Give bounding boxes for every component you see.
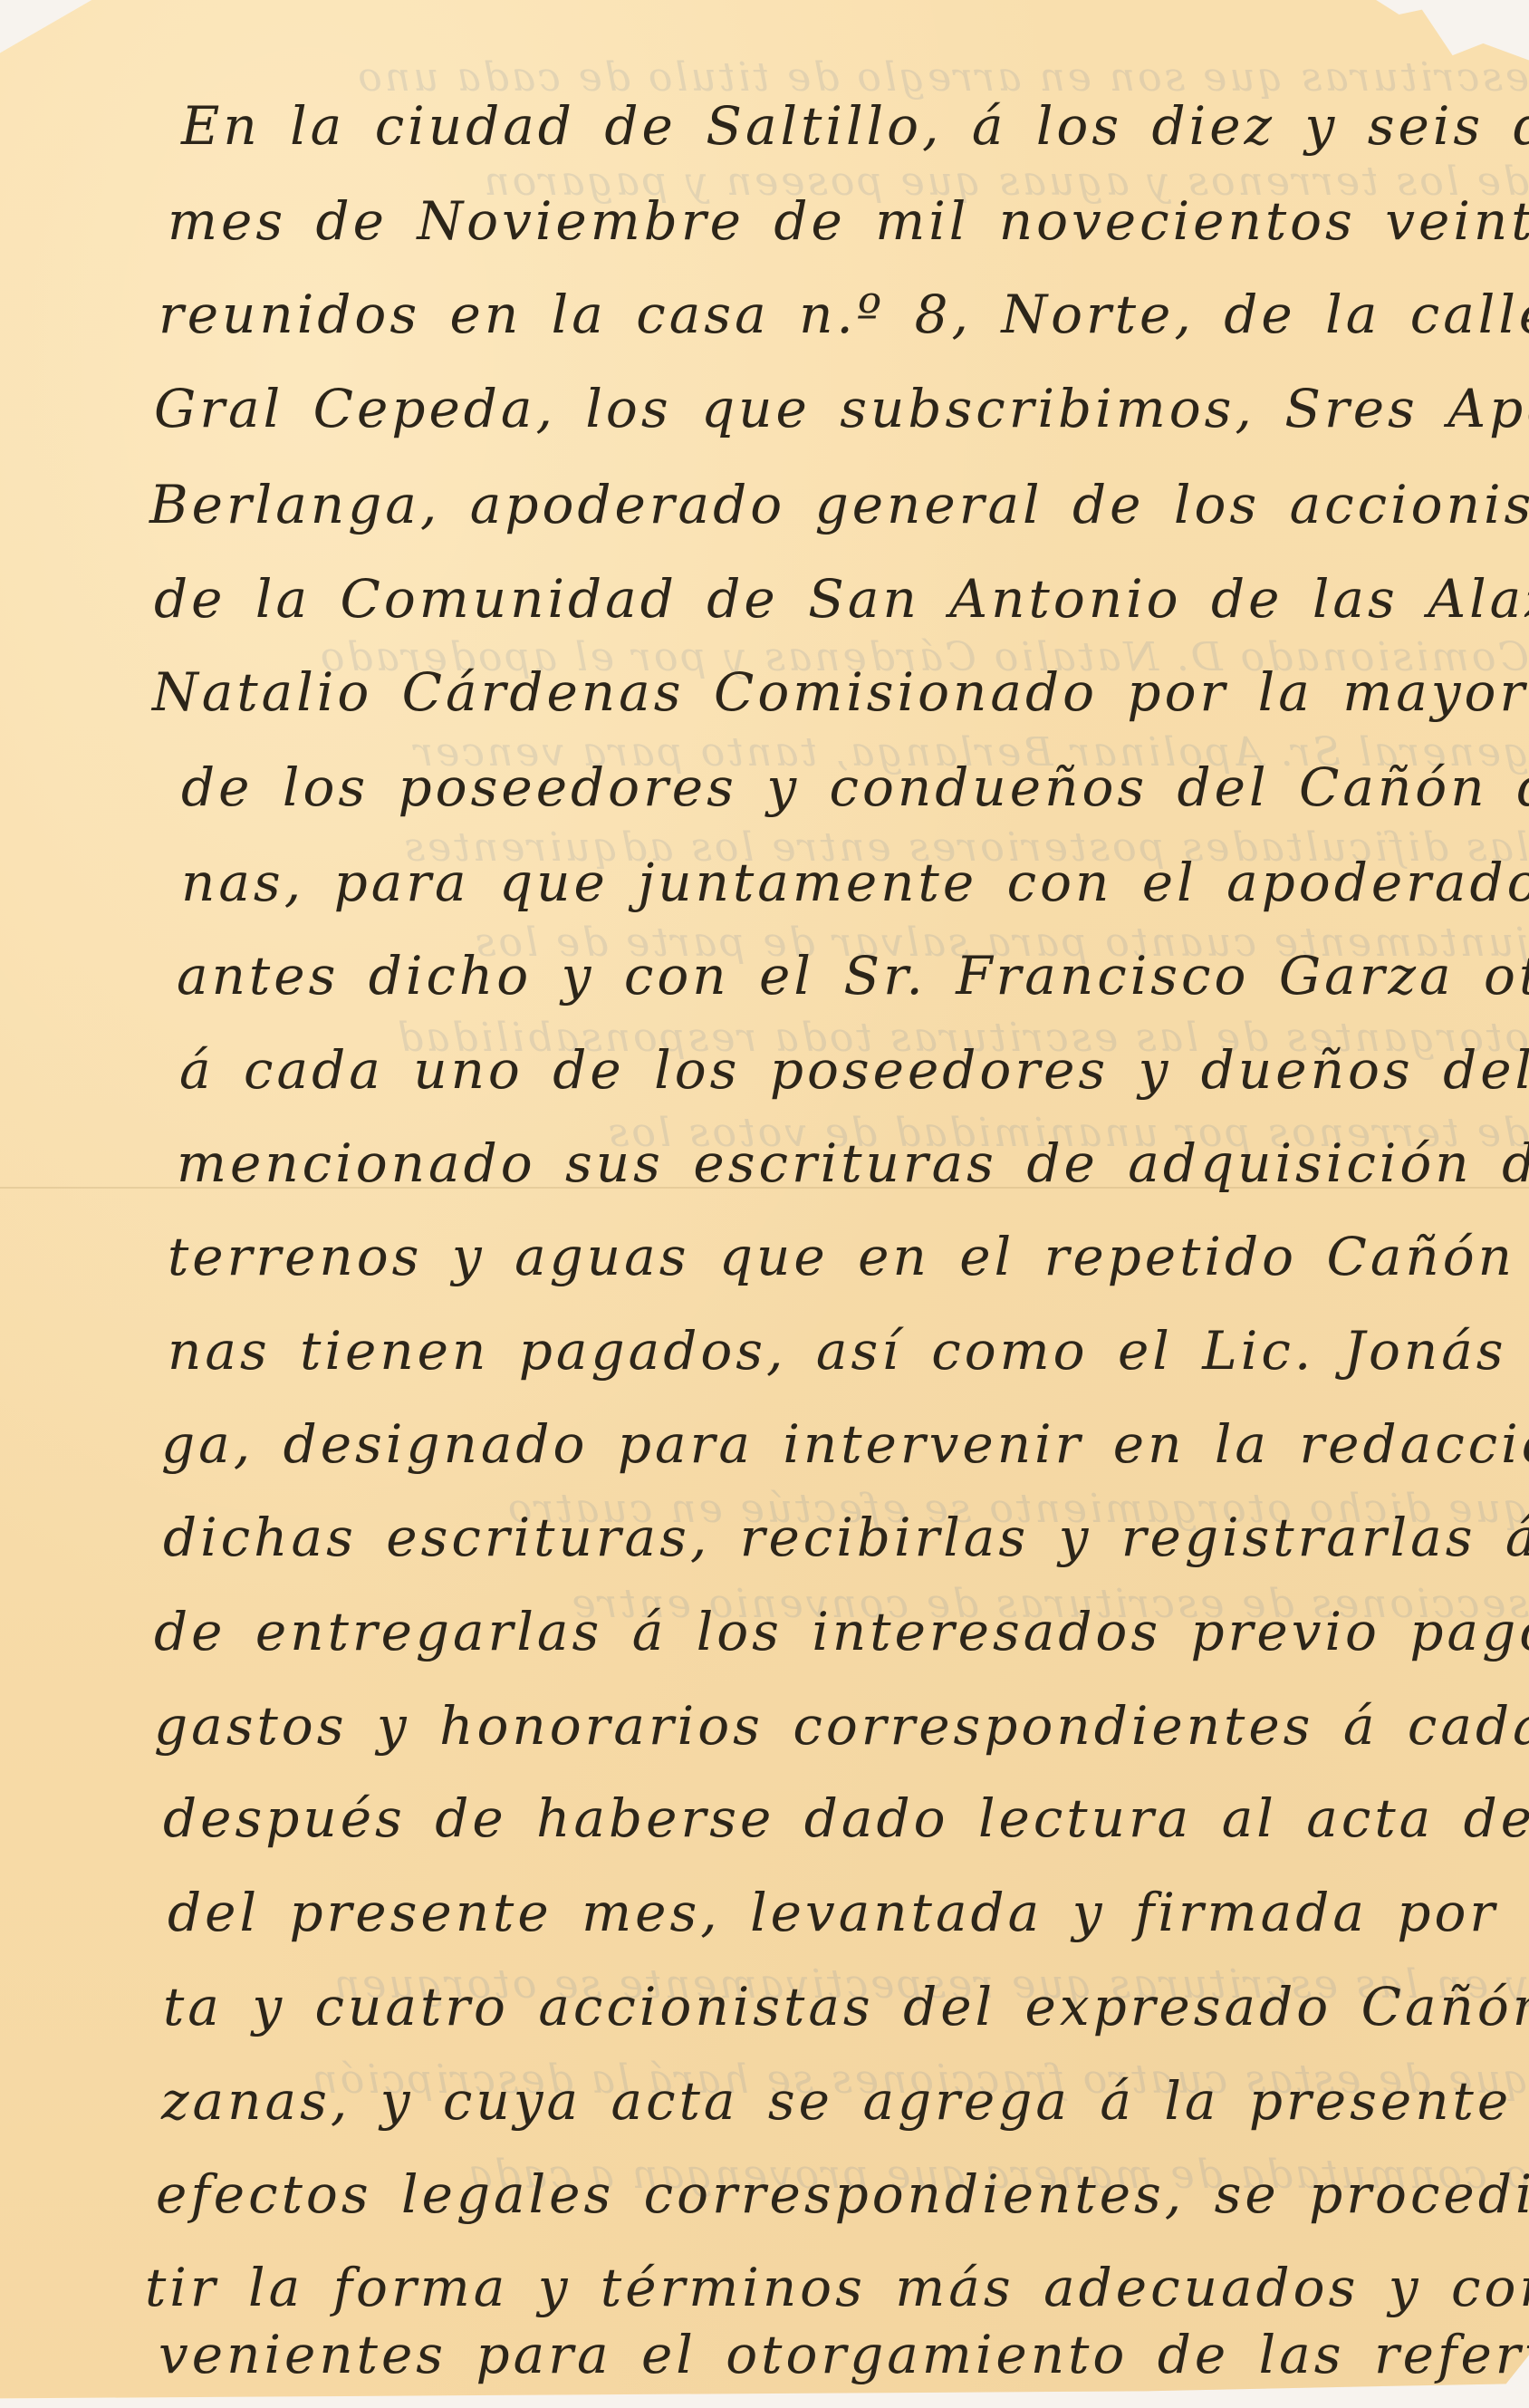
manuscript-line-18: gastos y honorarios correspondientes á c… (154, 1700, 1529, 1752)
manuscript-line-17: de entregarlas á los interesados previo … (154, 1605, 1529, 1658)
manuscript-line-21: ta y cuatro accionistas del expresado Ca… (163, 1980, 1529, 2033)
manuscript-line-25: venientes para el otorgamiento de las re… (159, 2328, 1529, 2381)
manuscript-line-1: En la ciudad de Saltillo, á los diez y s… (181, 100, 1529, 152)
manuscript-line-4: Gral Cepeda, los que subscribimos, Sres … (154, 382, 1529, 435)
manuscript-line-22: zanas, y cuya acta se agrega á la presen… (161, 2075, 1529, 2127)
manuscript-line-8: de los poseedores y condueños del Cañón … (181, 761, 1529, 814)
manuscript-line-24: tir la forma y términos más adecuados y … (145, 2261, 1529, 2314)
manuscript-line-6: de la Comunidad de San Antonio de las Al… (154, 573, 1529, 625)
manuscript-line-19: después de haberse dado lectura al acta … (163, 1792, 1529, 1845)
manuscript-line-23: efectos legales correspondientes, se pro… (156, 2168, 1529, 2220)
manuscript-line-20: del presente mes, levantada y firmada po… (168, 1886, 1529, 1939)
manuscript-line-5: Berlanga, apoderado general de los accio… (149, 478, 1529, 531)
manuscript-line-15: ga, designado para intervenir en la reda… (161, 1418, 1529, 1470)
manuscript-line-12: mencionado sus escrituras de adquisición… (177, 1137, 1529, 1190)
manuscript-line-7: Natalio Cárdenas Comisionado por la mayo… (152, 666, 1529, 718)
manuscript-page: escrituras que son en arreglo de titulo … (0, 0, 1529, 2408)
manuscript-line-13: terrenos y aguas que en el repetido Cañó… (168, 1230, 1529, 1283)
manuscript-line-9: nas, para que juntamente con el apoderad… (181, 856, 1529, 909)
manuscript-line-16: dichas escrituras, recibirlas y registra… (163, 1511, 1529, 1564)
manuscript-line-3: reunidos en la casa n.º 8, Norte, de la … (159, 288, 1529, 341)
manuscript-line-11: á cada uno de los poseedores y dueños de… (179, 1044, 1529, 1096)
manuscript-line-14: nas tienen pagados, así como el Lic. Jon… (168, 1324, 1529, 1377)
bleed-through-text: escrituras que son en arreglo de titulo … (0, 54, 1529, 101)
manuscript-line-2: mes de Noviembre de mil novecientos vein… (168, 195, 1529, 247)
manuscript-line-10: antes dicho y con el Sr. Francisco Garza… (177, 949, 1529, 1002)
